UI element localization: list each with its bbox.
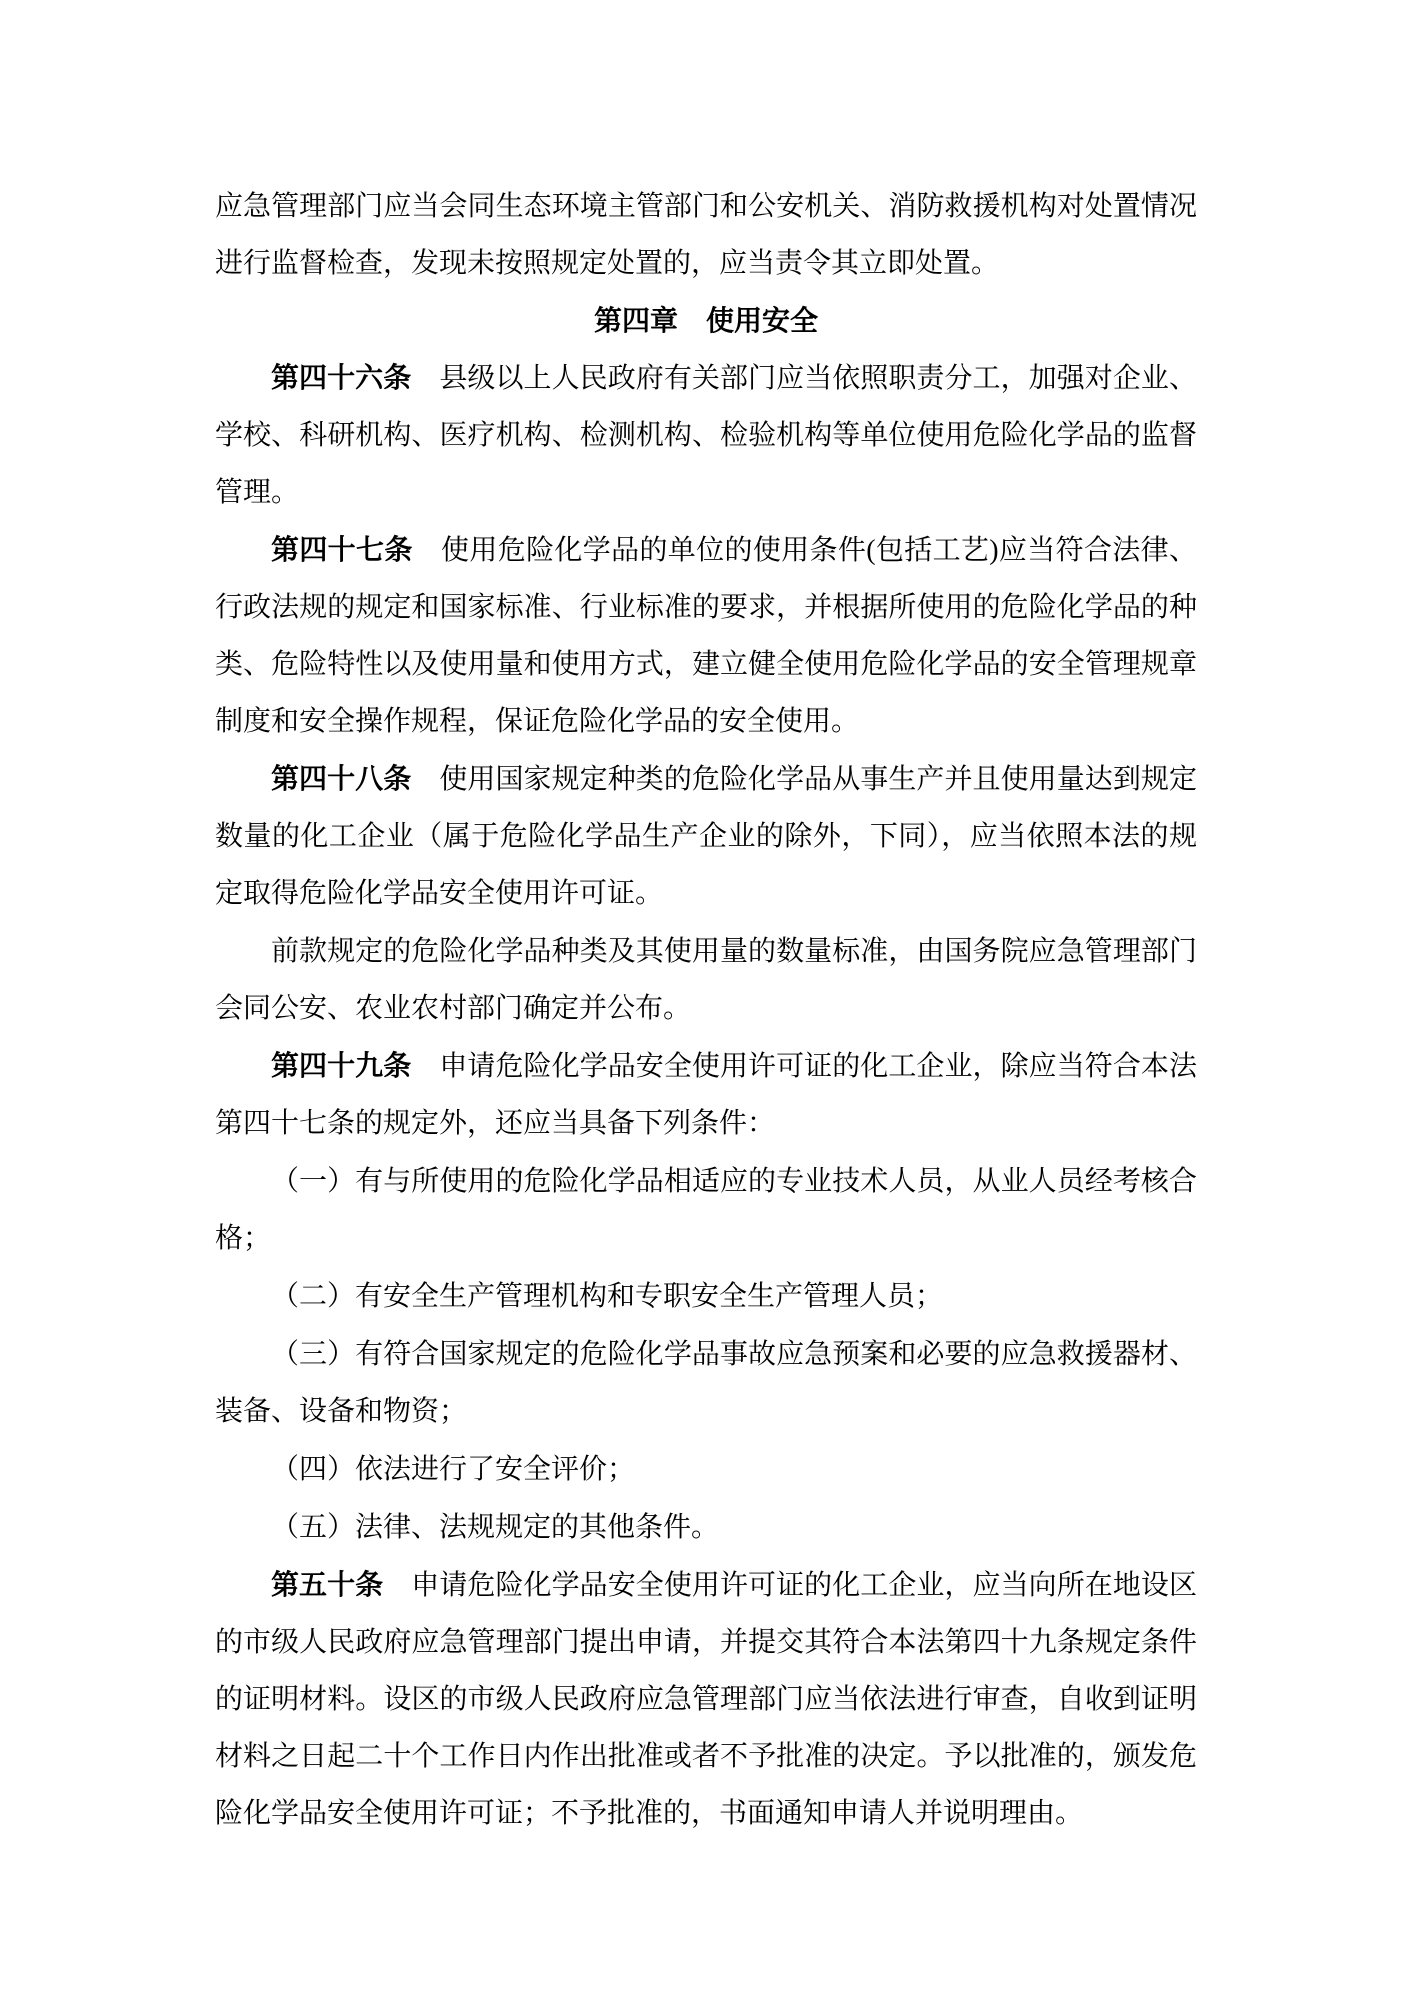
chapter-heading: 第四章使用安全: [215, 292, 1197, 349]
paragraph-text: （三）有符合国家规定的危险化学品事故应急预案和必要的应急救援器材、装备、设备和物…: [215, 1339, 1197, 1427]
paragraph-text: （一）有与所使用的危险化学品相适应的专业技术人员，从业人员经考核合格；: [215, 1166, 1197, 1254]
paragraph-list-item-2: （二）有安全生产管理机构和专职安全生产管理人员；: [215, 1267, 1197, 1325]
paragraph-list-item-3: （三）有符合国家规定的危险化学品事故应急预案和必要的应急救援器材、装备、设备和物…: [215, 1325, 1197, 1440]
paragraph-text: 申请危险化学品安全使用许可证的化工企业，应当向所在地设区的市级人民政府应急管理部…: [215, 1570, 1197, 1829]
paragraph-article-49: 第四十九条 申请危险化学品安全使用许可证的化工企业，除应当符合本法第四十七条的规…: [215, 1037, 1197, 1152]
article-number: 第四十九条: [271, 1050, 411, 1081]
document-content: 应急管理部门应当会同生态环境主管部门和公安机关、消防救援机构对处置情况进行监督检…: [215, 178, 1197, 1842]
paragraph-article-50: 第五十条 申请危险化学品安全使用许可证的化工企业，应当向所在地设区的市级人民政府…: [215, 1556, 1197, 1842]
article-number: 第四十七条: [271, 534, 413, 565]
chapter-number: 第四章: [594, 305, 678, 336]
paragraph-text: 应急管理部门应当会同生态环境主管部门和公安机关、消防救援机构对处置情况进行监督检…: [215, 191, 1197, 279]
article-number: 第五十条: [271, 1569, 383, 1600]
paragraph-text: 前款规定的危险化学品种类及其使用量的数量标准，由国务院应急管理部门会同公安、农业…: [215, 936, 1197, 1024]
paragraph-article-47: 第四十七条 使用危险化学品的单位的使用条件(包括工艺)应当符合法律、行政法规的规…: [215, 521, 1197, 750]
chapter-title: 使用安全: [706, 305, 818, 336]
document-page: 应急管理部门应当会同生态环境主管部门和公安机关、消防救援机构对处置情况进行监督检…: [0, 0, 1414, 2000]
paragraph-article-46: 第四十六条 县级以上人民政府有关部门应当依照职责分工，加强对企业、学校、科研机构…: [215, 349, 1197, 521]
article-number: 第四十八条: [271, 763, 411, 794]
paragraph-text: 使用危险化学品的单位的使用条件(包括工艺)应当符合法律、行政法规的规定和国家标准…: [215, 535, 1197, 737]
paragraph-text: （四）依法进行了安全评价；: [271, 1454, 635, 1485]
paragraph-article-48: 第四十八条 使用国家规定种类的危险化学品从事生产并且使用量达到规定数量的化工企业…: [215, 750, 1197, 922]
paragraph-text: （二）有安全生产管理机构和专职安全生产管理人员；: [271, 1281, 943, 1312]
paragraph-text: （五）法律、法规规定的其他条件。: [271, 1512, 719, 1543]
paragraph-list-item-1: （一）有与所使用的危险化学品相适应的专业技术人员，从业人员经考核合格；: [215, 1152, 1197, 1267]
paragraph-list-item-4: （四）依法进行了安全评价；: [215, 1440, 1197, 1498]
article-number: 第四十六条: [271, 362, 411, 393]
paragraph-list-item-5: （五）法律、法规规定的其他条件。: [215, 1498, 1197, 1556]
paragraph-article-48-clause-2: 前款规定的危险化学品种类及其使用量的数量标准，由国务院应急管理部门会同公安、农业…: [215, 922, 1197, 1037]
paragraph-continuation: 应急管理部门应当会同生态环境主管部门和公安机关、消防救援机构对处置情况进行监督检…: [215, 178, 1197, 292]
